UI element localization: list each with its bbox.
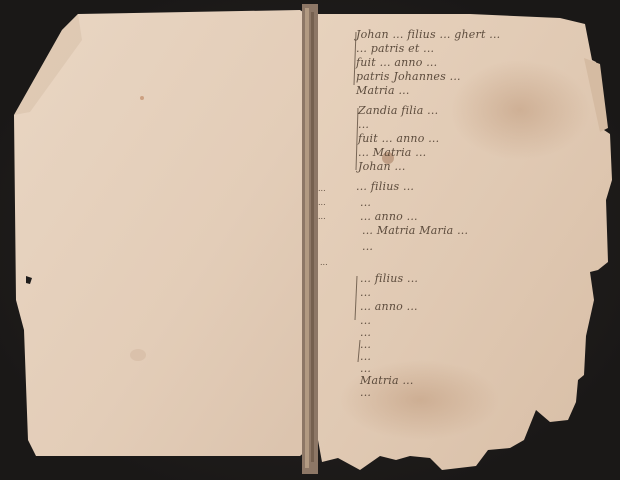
manuscript-line: ... anno ... xyxy=(360,210,418,223)
handwriting-layer: Johan ... filius ... ghert ... ... patri… xyxy=(0,0,620,480)
manuscript-line: ... xyxy=(358,118,369,131)
manuscript-line: Zandia filia ... xyxy=(358,104,438,117)
manuscript-line: ... xyxy=(360,386,371,399)
manuscript-line: ... xyxy=(360,286,371,299)
manuscript-line: ... filius ... xyxy=(360,272,418,285)
manuscript-line: ... xyxy=(360,196,371,209)
margin-note: ... xyxy=(318,184,326,193)
margin-note: ... xyxy=(320,258,328,267)
manuscript-line: fuit ... anno ... xyxy=(358,132,439,145)
manuscript-line: ... filius ... xyxy=(356,180,414,193)
manuscript-line: ... Matria ... xyxy=(358,146,426,159)
manuscript-line: Johan ... filius ... ghert ... xyxy=(356,28,500,41)
manuscript-line: Matria ... xyxy=(356,84,410,97)
manuscript-line: ... patris et ... xyxy=(356,42,434,55)
margin-note: ... xyxy=(318,212,326,221)
manuscript-line: fuit ... anno ... xyxy=(356,56,437,69)
manuscript-photo: Johan ... filius ... ghert ... ... patri… xyxy=(0,0,620,480)
manuscript-line: ... anno ... xyxy=(360,300,418,313)
manuscript-line: ... xyxy=(362,240,373,253)
manuscript-line: Johan ... xyxy=(358,160,406,173)
manuscript-line: patris Johannes ... xyxy=(356,70,461,83)
manuscript-line: ... Matria Maria ... xyxy=(362,224,468,237)
margin-note: ... xyxy=(318,198,326,207)
